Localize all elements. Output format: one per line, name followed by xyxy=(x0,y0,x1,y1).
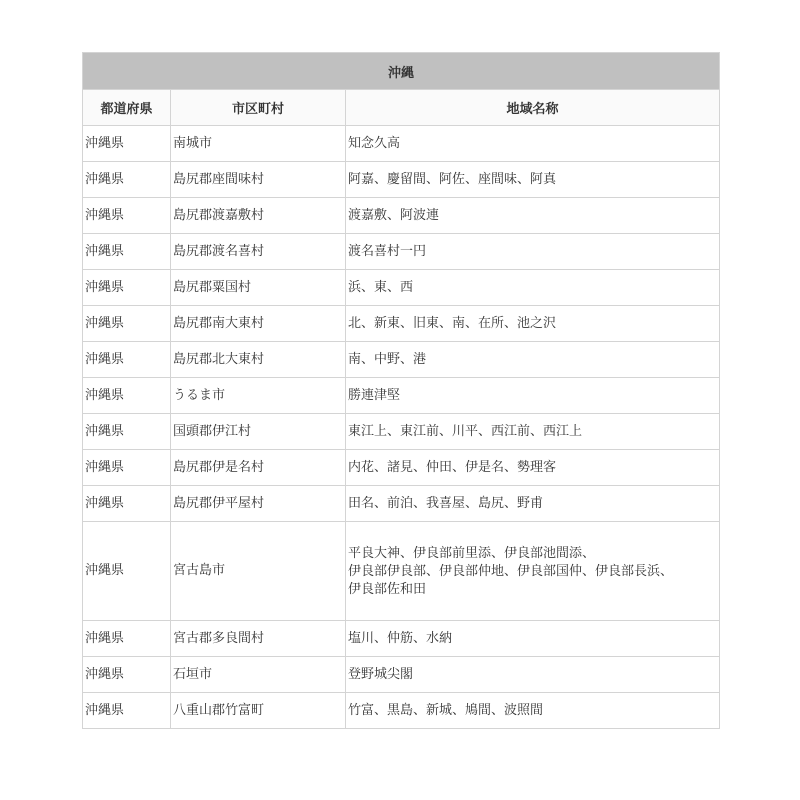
cell-areas: 阿嘉、慶留間、阿佐、座間味、阿真 xyxy=(346,162,720,198)
cell-municipality: 南城市 xyxy=(171,126,346,162)
table-row: 沖縄県 島尻郡伊是名村 内花、諸見、仲田、伊是名、勢理客 xyxy=(83,450,720,486)
cell-prefecture: 沖縄県 xyxy=(83,270,171,306)
cell-prefecture: 沖縄県 xyxy=(83,306,171,342)
cell-municipality: 島尻郡渡嘉敷村 xyxy=(171,198,346,234)
cell-areas: 平良大神、伊良部前里添、伊良部池間添、 伊良部伊良部、伊良部仲地、伊良部国仲、伊… xyxy=(346,522,720,621)
cell-municipality: 島尻郡座間味村 xyxy=(171,162,346,198)
cell-municipality: 島尻郡伊是名村 xyxy=(171,450,346,486)
cell-municipality: 島尻郡渡名喜村 xyxy=(171,234,346,270)
cell-municipality: 国頭郡伊江村 xyxy=(171,414,346,450)
area-line: 伊良部伊良部、伊良部仲地、伊良部国仲、伊良部長浜、 xyxy=(348,563,717,581)
table-header-row: 都道府県 市区町村 地域名称 xyxy=(83,90,720,126)
cell-areas: 南、中野、港 xyxy=(346,342,720,378)
header-municipality: 市区町村 xyxy=(171,90,346,126)
cell-municipality: 八重山郡竹富町 xyxy=(171,693,346,729)
cell-areas: 東江上、東江前、川平、西江前、西江上 xyxy=(346,414,720,450)
okinawa-area-table: 沖縄 都道府県 市区町村 地域名称 沖縄県 南城市 知念久高 沖縄県 島尻郡座間… xyxy=(82,52,720,729)
cell-prefecture: 沖縄県 xyxy=(83,162,171,198)
cell-areas: 北、新東、旧東、南、在所、池之沢 xyxy=(346,306,720,342)
cell-municipality: 島尻郡北大東村 xyxy=(171,342,346,378)
cell-prefecture: 沖縄県 xyxy=(83,657,171,693)
cell-prefecture: 沖縄県 xyxy=(83,126,171,162)
table-row: 沖縄県 石垣市 登野城尖閣 xyxy=(83,657,720,693)
cell-prefecture: 沖縄県 xyxy=(83,234,171,270)
cell-prefecture: 沖縄県 xyxy=(83,342,171,378)
cell-prefecture: 沖縄県 xyxy=(83,621,171,657)
cell-municipality: うるま市 xyxy=(171,378,346,414)
cell-areas: 塩川、仲筋、水納 xyxy=(346,621,720,657)
table-row: 沖縄県 島尻郡座間味村 阿嘉、慶留間、阿佐、座間味、阿真 xyxy=(83,162,720,198)
table-row: 沖縄県 宮古島市 平良大神、伊良部前里添、伊良部池間添、 伊良部伊良部、伊良部仲… xyxy=(83,522,720,621)
table-body: 沖縄県 南城市 知念久高 沖縄県 島尻郡座間味村 阿嘉、慶留間、阿佐、座間味、阿… xyxy=(83,126,720,729)
cell-areas: 勝連津堅 xyxy=(346,378,720,414)
cell-prefecture: 沖縄県 xyxy=(83,414,171,450)
cell-areas: 内花、諸見、仲田、伊是名、勢理客 xyxy=(346,450,720,486)
cell-prefecture: 沖縄県 xyxy=(83,693,171,729)
cell-prefecture: 沖縄県 xyxy=(83,450,171,486)
table-row: 沖縄県 島尻郡北大東村 南、中野、港 xyxy=(83,342,720,378)
table-row: 沖縄県 南城市 知念久高 xyxy=(83,126,720,162)
cell-municipality: 島尻郡南大東村 xyxy=(171,306,346,342)
table-row: 沖縄県 島尻郡渡嘉敷村 渡嘉敷、阿波連 xyxy=(83,198,720,234)
table-title: 沖縄 xyxy=(83,53,720,90)
cell-prefecture: 沖縄県 xyxy=(83,522,171,621)
cell-municipality: 宮古郡多良間村 xyxy=(171,621,346,657)
table-row: 沖縄県 うるま市 勝連津堅 xyxy=(83,378,720,414)
cell-areas: 田名、前泊、我喜屋、島尻、野甫 xyxy=(346,486,720,522)
okinawa-area-table-container: 沖縄 都道府県 市区町村 地域名称 沖縄県 南城市 知念久高 沖縄県 島尻郡座間… xyxy=(82,52,719,729)
area-line: 平良大神、伊良部前里添、伊良部池間添、 xyxy=(348,545,717,563)
cell-prefecture: 沖縄県 xyxy=(83,486,171,522)
cell-areas: 知念久高 xyxy=(346,126,720,162)
cell-municipality: 石垣市 xyxy=(171,657,346,693)
table-row: 沖縄県 国頭郡伊江村 東江上、東江前、川平、西江前、西江上 xyxy=(83,414,720,450)
header-prefecture: 都道府県 xyxy=(83,90,171,126)
cell-areas: 竹富、黒島、新城、鳩間、波照間 xyxy=(346,693,720,729)
header-area-name: 地域名称 xyxy=(346,90,720,126)
cell-areas: 登野城尖閣 xyxy=(346,657,720,693)
cell-prefecture: 沖縄県 xyxy=(83,198,171,234)
cell-areas: 浜、東、西 xyxy=(346,270,720,306)
cell-areas: 渡嘉敷、阿波連 xyxy=(346,198,720,234)
table-title-row: 沖縄 xyxy=(83,53,720,90)
table-row: 沖縄県 宮古郡多良間村 塩川、仲筋、水納 xyxy=(83,621,720,657)
area-line: 伊良部佐和田 xyxy=(348,581,717,599)
table-row: 沖縄県 島尻郡南大東村 北、新東、旧東、南、在所、池之沢 xyxy=(83,306,720,342)
cell-municipality: 島尻郡粟国村 xyxy=(171,270,346,306)
table-row: 沖縄県 島尻郡伊平屋村 田名、前泊、我喜屋、島尻、野甫 xyxy=(83,486,720,522)
cell-areas: 渡名喜村一円 xyxy=(346,234,720,270)
cell-municipality: 宮古島市 xyxy=(171,522,346,621)
table-row: 沖縄県 八重山郡竹富町 竹富、黒島、新城、鳩間、波照間 xyxy=(83,693,720,729)
table-row: 沖縄県 島尻郡渡名喜村 渡名喜村一円 xyxy=(83,234,720,270)
table-row: 沖縄県 島尻郡粟国村 浜、東、西 xyxy=(83,270,720,306)
cell-municipality: 島尻郡伊平屋村 xyxy=(171,486,346,522)
cell-prefecture: 沖縄県 xyxy=(83,378,171,414)
